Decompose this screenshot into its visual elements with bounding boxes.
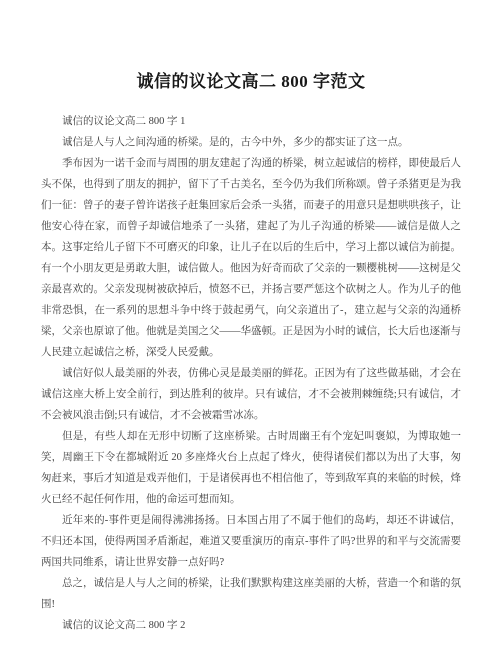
essay-paragraph-recent-events: 近年来的-事件更是闹得沸沸扬扬。日本国占用了不属于他们的岛屿，却还不讲诚信，不归… — [41, 510, 461, 573]
document-page: 诚信的议论文高二 800 字范文 诚信的议论文高二 800 字 1 诚信是人与人… — [0, 0, 500, 647]
essay-paragraph-metaphor: 诚信好似人最美丽的外表，仿佛心灵是最美丽的鲜花。正因为有了这些做基础，才会在诚信… — [41, 363, 461, 426]
section-2-heading: 诚信的议论文高二 800 字 2 — [41, 615, 461, 636]
essay-paragraph-examples: 季布因为一诺千金而与周围的朋友建起了沟通的桥梁，树立起诚信的榜样，即使最后人头不… — [41, 153, 461, 363]
document-title: 诚信的议论文高二 800 字范文 — [41, 69, 461, 95]
section-1-heading: 诚信的议论文高二 800 字 1 — [41, 111, 461, 132]
essay-paragraph-counterexample: 但是，有些人却在无形中切断了这座桥梁。古时周幽王有个宠妃叫褒姒，为博取她一笑，周… — [41, 426, 461, 510]
essay-paragraph-conclusion: 总之，诚信是人与人之间的桥梁，让我们默默构建这座美丽的大桥，营造一个和谐的氛围! — [41, 573, 461, 615]
essay-paragraph-intro: 诚信是人与人之间沟通的桥梁。是的，古今中外，多少的都实证了这一点。 — [41, 132, 461, 153]
